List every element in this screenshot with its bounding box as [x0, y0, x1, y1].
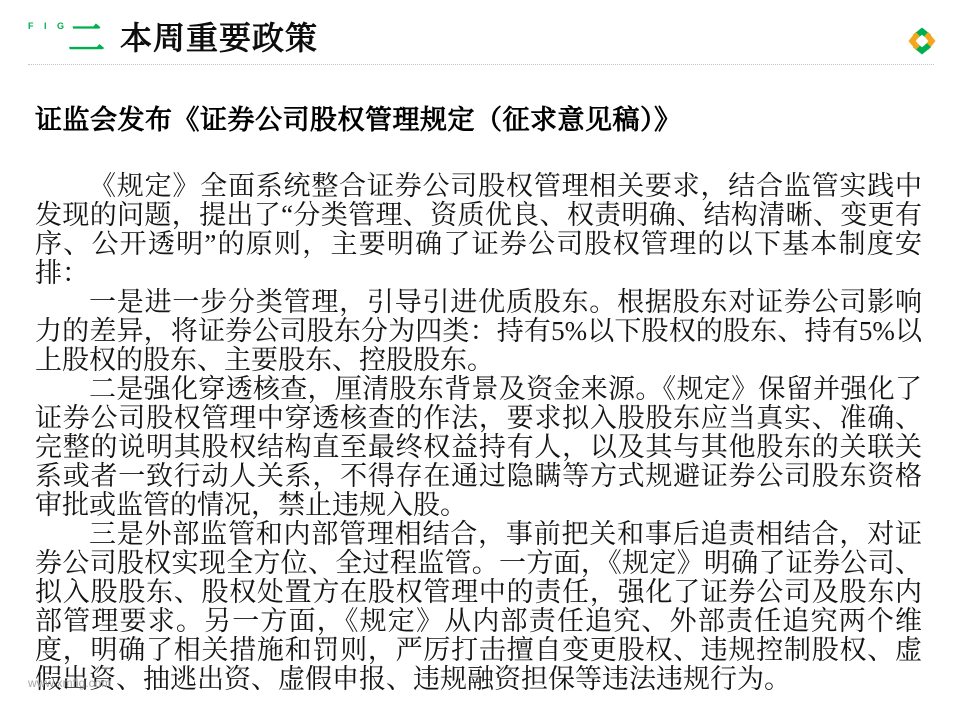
paragraph-overview: 《规定》全面系统整合证券公司股权管理相关要求，结合监管实践中发现的问题，提出了“…	[35, 172, 922, 288]
fig-brand-logo-text: F I G	[28, 21, 68, 31]
pinwheel-logo-icon	[904, 23, 940, 59]
page-title: 本周重要政策	[120, 21, 318, 56]
document-heading: 证监会发布《证券公司股权管理规定（征求意见稿）》	[35, 98, 682, 137]
slide: F I G 二 本周重要政策 证监会发布《证券公司股权管理规定（征求意见稿）》 …	[0, 0, 960, 720]
body-text-block: 《规定》全面系统整合证券公司股权管理相关要求，结合监管实践中发现的问题，提出了“…	[35, 172, 922, 694]
paragraph-point-one: 一是进一步分类管理，引导引进优质股东。根据股东对证券公司影响力的差异，将证券公司…	[35, 288, 922, 375]
paragraph-point-three: 三是外部监管和内部管理相结合，事前把关和事后追责相结合，对证券公司股权实现全方位…	[35, 520, 922, 694]
header-divider-line	[28, 64, 934, 65]
section-number: 二	[68, 20, 105, 57]
footer-website-url: www.xmfig.com	[28, 676, 111, 690]
paragraph-point-two: 二是强化穿透核查，厘清股东背景及资金来源。《规定》保留并强化了证券公司股权管理中…	[35, 375, 922, 520]
logo-chevron-left	[909, 32, 920, 50]
